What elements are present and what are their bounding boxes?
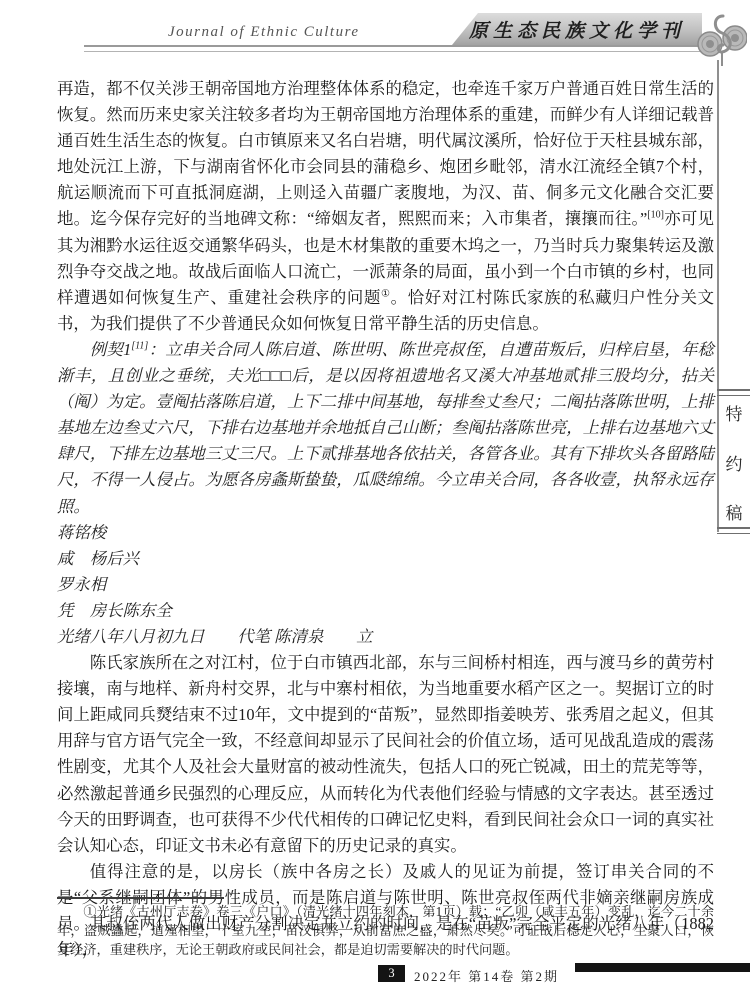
footnote-ref-1: ① — [381, 288, 391, 299]
signature-line: 蒋铭梭 — [57, 520, 714, 546]
contract-quotation: 例契1[11]：立串关合同人陈启道、陈世明、陈世亮叔侄，自遭苗叛后，归梓启垦，年… — [57, 337, 714, 520]
signature-line: 凭 房长陈东全 — [57, 598, 714, 624]
right-column-rule — [717, 60, 719, 532]
citation-ref-11: [11] — [131, 340, 148, 351]
contract-text: ：立串关合同人陈启道、陈世明、陈世亮叔侄，自遭苗叛后，归梓启垦，年稔渐丰，且创业… — [57, 340, 714, 516]
bronze-drum-icon — [697, 14, 747, 71]
column-label-char: 特 — [726, 400, 743, 425]
header-rule — [84, 45, 716, 52]
signature-date-line: 光绪八年八月初九日 代笔 陈清泉 立 — [57, 624, 714, 650]
column-label-char: 约 — [726, 450, 743, 475]
paragraph-3: 陈氏家族所在之对江村，位于白市镇西北部，东与三间桥村相连，西与渡马乡的黄劳村接壤… — [57, 650, 714, 859]
paragraph-text: 再造，都不仅关涉王朝帝国地方治理整体体系的稳定，也牵连千家万户普通百姓日常生活的… — [57, 79, 714, 228]
column-label: 特 约 稿 — [722, 400, 746, 524]
journal-page: Journal of Ethnic Culture 原生态民族文化学刊 特 约 … — [0, 0, 750, 1000]
article-body: 再造，都不仅关涉王朝帝国地方治理整体体系的稳定，也牵连千家万户普通百姓日常生活的… — [57, 76, 714, 963]
footnote-separator — [57, 897, 224, 899]
issue-info: 2022年 第14卷 第2期 — [414, 966, 559, 985]
column-label-char: 稿 — [726, 499, 743, 524]
paragraph-1: 再造，都不仅关涉王朝帝国地方治理整体体系的稳定，也牵连千家万户普通百姓日常生活的… — [57, 76, 714, 337]
page-number-badge: 3 — [378, 965, 405, 982]
citation-ref-10: [10] — [647, 210, 664, 221]
footnote-text: 光绪《古州厅志卷》卷三《户口》（清光绪十四年刻本，第1页）载：“乙卯（咸丰五年）… — [57, 904, 714, 957]
signature-line: 咸 杨后兴 — [57, 546, 714, 572]
footer-bar — [575, 963, 750, 972]
footnote-marker: ① — [83, 904, 96, 919]
journal-banner: 原生态民族文化学刊 — [452, 13, 702, 45]
contract-label: 例契1 — [90, 340, 131, 359]
column-label-top-rule — [717, 389, 750, 396]
column-label-bottom-rule — [717, 527, 750, 534]
footnote: ①光绪《古州厅志卷》卷三《户口》（清光绪十四年刻本，第1页）载：“乙卯（咸丰五年… — [57, 903, 714, 959]
signature-line: 罗永相 — [57, 572, 714, 598]
journal-title-en: Journal of Ethnic Culture — [168, 24, 360, 41]
journal-title-zh: 原生态民族文化学刊 — [469, 16, 685, 43]
